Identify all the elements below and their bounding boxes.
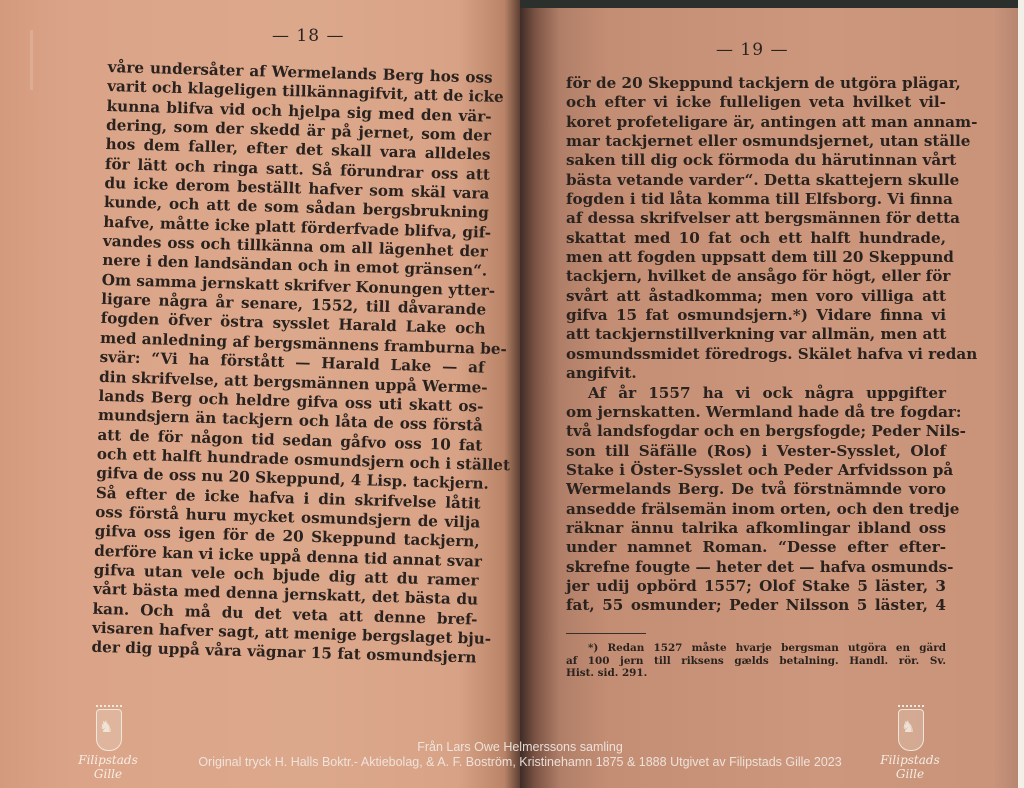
text-line: jer udij opbörd 1557; Olof Stake 5 läste…	[566, 577, 946, 596]
text-line: om jernskatten. Wermland hade då tre fog…	[566, 403, 946, 422]
lion-icon: ♞	[901, 719, 915, 735]
text-line: att tackjernstillverkning var allmän, me…	[566, 325, 946, 344]
footnote-line: *) Redan 1527 måste hvarje bergsman utgö…	[566, 642, 946, 655]
text-line: men att fogden uppsatt dem till 20 Skepp…	[566, 248, 946, 267]
text-line: tackjern, hvilket de ansågo för högt, el…	[566, 267, 946, 286]
footnote: *) Redan 1527 måste hvarje bergsman utgö…	[566, 642, 946, 680]
text-line: Wermelands Berg. De två förstnämnde voro	[566, 480, 946, 499]
text-line: för de 20 Skeppund tackjern de utgöra pl…	[566, 74, 946, 93]
text-line: räknar ännu talrika afkomlingar ibland o…	[566, 519, 946, 538]
text-line: Stake i Öster-Sysslet och Peder Arfvidss…	[566, 461, 946, 480]
text-line: skattat med 10 fat och ett halft hundrad…	[566, 229, 946, 248]
page-number-right: — 19 —	[716, 40, 788, 60]
text-line: bästa vetande varder“. Detta skattejern …	[566, 171, 946, 190]
collection-caption: Från Lars Owe Helmerssons samling	[180, 740, 860, 754]
text-line: Af år 1557 ha vi ock några uppgifter	[566, 384, 946, 403]
text-line: ansedde frälsemän inom orten, och den tr…	[566, 500, 946, 519]
print-credit-caption: Original tryck H. Halls Boktr.- Aktiebol…	[180, 755, 860, 769]
text-line: gifva 15 fat osmundsjern.*) Vidare finna…	[566, 306, 946, 325]
text-line: koret profeteligare är, antingen att man…	[566, 113, 946, 132]
text-line: fat, 55 osmunder; Peder Nilsson 5 läster…	[566, 596, 946, 615]
text-line: angifvit.	[566, 364, 946, 383]
page-number-left: — 18 —	[272, 26, 344, 46]
text-line: son till Säfälle (Ros) i Vester-Sysslet,…	[566, 442, 946, 461]
left-page-text: våre undersåter af Wermelands Berg hos o…	[91, 58, 493, 668]
text-line: två landsfogdar och en bergsfogde; Peder…	[566, 422, 946, 441]
text-line: och efter vi icke fulleligen veta hvilke…	[566, 93, 946, 112]
text-line: svårt att åstadkomma; men voro villiga a…	[566, 287, 946, 306]
text-line: fogden i tid låta komma till Elfsborg. V…	[566, 190, 946, 209]
filipstads-gille-logo-left: ♞ Filipstads Gille	[68, 705, 148, 775]
right-page-edge	[1018, 0, 1024, 788]
text-line: osmundssmidet föredrogs. Skälet hafva vi…	[566, 345, 946, 364]
page-crease	[30, 30, 33, 90]
filipstads-gille-logo-right: ♞ Filipstads Gille	[870, 705, 950, 775]
text-line: under namnet Roman. “Desse efter efter-	[566, 538, 946, 557]
book-spread: — 18 — — 19 — våre undersåter af Wermela…	[0, 0, 1024, 788]
text-line: af dessa skrifvelser att bergsmännen för…	[566, 209, 946, 228]
footnote-divider	[566, 633, 646, 634]
footnote-line: Hist. sid. 291.	[566, 667, 946, 680]
text-line: skrefne fougte — heter det — hafva osmun…	[566, 558, 946, 577]
footnote-line: af 100 jern till riksens gælds betalning…	[566, 655, 946, 668]
logo-text: Filipstads Gille	[68, 753, 148, 781]
logo-text: Filipstads Gille	[870, 753, 950, 781]
right-page-text: för de 20 Skeppund tackjern de utgöra pl…	[566, 74, 946, 616]
text-line: saken till dig ock förmoda du härutinnan…	[566, 151, 946, 170]
text-line: mar tackjernet eller osmundsjernet, utan…	[566, 132, 946, 151]
lion-icon: ♞	[99, 719, 113, 735]
